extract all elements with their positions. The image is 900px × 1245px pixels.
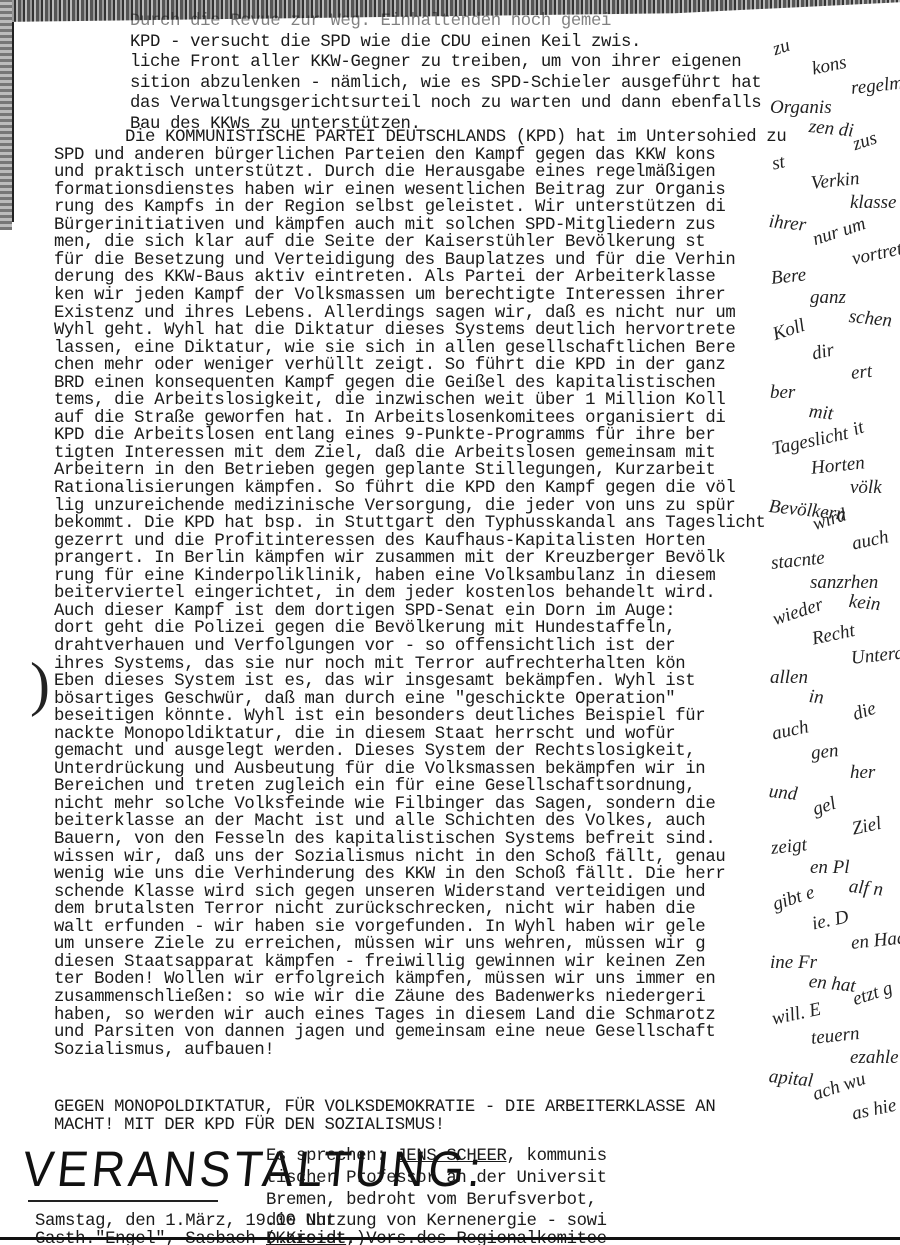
speaker-line-3: Bremen, bedroht vom Berufsverbot,	[266, 1191, 597, 1211]
margin-fragment: ganz	[810, 287, 846, 309]
margin-fragment: sanzrhen	[810, 572, 878, 594]
margin-fragment: teuern	[810, 1023, 861, 1050]
margin-fragment: zus	[850, 127, 880, 155]
margin-fragment: as hie	[850, 1095, 898, 1126]
margin-fragment: und	[768, 781, 799, 806]
slogan-line: GEGEN MONOPOLDIKTATUR, FÜR VOLKSDEMOKRAT…	[54, 1098, 715, 1118]
scan-edge-left	[0, 0, 12, 230]
margin-fragment: auch	[850, 526, 891, 555]
speaker-line-4: die Nutzung von Kernenergie - sowi	[266, 1212, 607, 1232]
margin-fragment: schen	[848, 306, 893, 332]
speakers-prefix: Es sprechen:	[266, 1147, 396, 1166]
margin-fragment: gel	[810, 793, 839, 821]
speaker-line-2: tischer Professor an der Universit	[266, 1169, 607, 1189]
event-speakers-line-1: Es sprechen: JENS SCHEER, kommunis	[266, 1147, 607, 1167]
margin-fragment: st	[770, 151, 787, 175]
margin-fragment: regelmäßigen	[850, 67, 900, 100]
margin-fragment: dir	[810, 339, 836, 365]
margin-fragment: Unterdr	[850, 642, 900, 670]
margin-fragment: ach wu	[810, 1068, 868, 1106]
margin-fragment: gen	[810, 740, 840, 765]
margin-fragment: ie. D	[810, 906, 851, 935]
text-line: Sozialismus, aufbauen!	[54, 1041, 274, 1061]
margin-fragment: ihrer	[768, 211, 807, 237]
margin-fragment: mit	[808, 401, 834, 425]
margin-fragment: allen	[770, 667, 808, 689]
margin-fragment: auch	[770, 716, 811, 745]
intro-line: liche Front aller KKW-Gegner zu treiben,…	[130, 53, 741, 73]
stray-bracket-mark: )	[30, 650, 50, 719]
margin-fragment: will. E	[770, 999, 823, 1031]
margin-fragment: en hat	[808, 971, 857, 998]
margin-fragment: alf n	[848, 876, 884, 901]
margin-fragment: en Pl	[810, 857, 850, 879]
margin-fragment: Ziel	[850, 813, 883, 841]
margin-fragment: ert	[850, 361, 873, 385]
margin-fragment: Organis	[770, 97, 832, 119]
margin-fragment: in	[808, 686, 825, 709]
margin-fragment: wieder	[770, 594, 826, 631]
margin-fragment: klasse	[850, 192, 896, 214]
margin-fragment: stacnte	[770, 547, 826, 575]
margin-fragment: Verkin	[810, 168, 861, 195]
margin-fragment: völk	[850, 477, 882, 499]
margin-fragment: Koll	[770, 315, 808, 346]
margin-fragment: en Haa	[850, 927, 900, 955]
speaker-name: JENS SCHEER	[396, 1147, 506, 1166]
intro-line: Durch die Revue zur Weg. Einhaltenden no…	[130, 12, 611, 32]
margin-fragment: vortrete	[850, 237, 900, 271]
margin-fragment: zen di	[808, 116, 855, 143]
intro-line: sition abzulenken - nämlich, wie es SPD-…	[130, 74, 761, 94]
margin-fragment: etzt g	[850, 977, 895, 1010]
margin-fragment: kein	[848, 591, 882, 616]
margin-fragment: zu	[770, 35, 793, 61]
margin-fragment: kons	[810, 52, 849, 81]
speaker-line-1: , kommunis	[507, 1147, 607, 1166]
margin-fragment: Recht	[810, 620, 857, 651]
event-heading-underline	[28, 1200, 218, 1202]
scan-edge-bottom	[0, 1237, 900, 1240]
margin-fragment: die	[850, 698, 879, 726]
margin-fragment: gibt e	[770, 882, 817, 916]
margin-fragment: her	[850, 762, 875, 784]
margin-fragment: zeigt	[770, 834, 808, 860]
margin-fragment: apital	[768, 1066, 814, 1093]
margin-rule	[12, 22, 14, 222]
margin-fragment: ezahle	[850, 1047, 899, 1069]
margin-fragment: nur um	[810, 213, 869, 251]
margin-fragment: ber	[770, 382, 795, 404]
intro-line: das Verwaltungsgerichtsurteil noch zu wa…	[130, 94, 761, 114]
margin-fragment: it	[850, 417, 867, 441]
margin-fragment: Horten	[810, 452, 866, 480]
margin-fragment: Bere	[770, 264, 807, 290]
intro-line: KPD - versucht die SPD wie die CDU einen…	[130, 33, 641, 53]
slogan-line: MACHT! MIT DER KPD FÜR DEN SOZIALISMUS!	[54, 1116, 445, 1136]
scanned-document-page: Durch die Revue zur Weg. Einhaltenden no…	[0, 0, 900, 1245]
